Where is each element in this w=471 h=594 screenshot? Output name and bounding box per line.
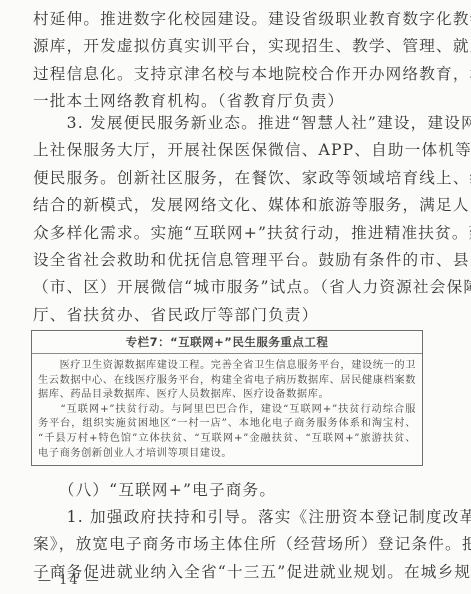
- feature-box-title: 专栏7：“互联网+”民生服务重点工程: [32, 331, 422, 354]
- box-text-line: “互联网+”扶贫行动。与阿里巴巴合作，建设“互联网+”扶贫行动综合服: [38, 403, 416, 418]
- text-line: 设全省社会救助和优抚信息管理平台。鼓励有条件的市、县: [33, 247, 425, 274]
- page-number: — 14 —: [38, 573, 101, 588]
- box-text-line: 生云数据中心、在线医疗服务平台，构建全省电子病历数据库、居民健康档案数: [38, 374, 416, 389]
- text-line: 上社保服务大厅，开展社保医保微信、APP、自助一体机等网络: [33, 137, 425, 164]
- paragraph-education: 村延伸。推进数字化校园建设。建设省级职业教育数字化教学资 源库，开发虚拟仿真实训…: [33, 6, 425, 116]
- text-line: 众多样化需求。实施“互联网+”扶贫行动，推进精准扶贫。建: [33, 220, 425, 247]
- text-line: 村延伸。推进数字化校园建设。建设省级职业教育数字化教学资: [33, 6, 425, 33]
- box-text-line: 务平台，组织实施贫困地区“一村一店”、本地化电子商务服务体系和淘宝村、: [38, 417, 416, 432]
- document-page: 村延伸。推进数字化校园建设。建设省级职业教育数字化教学资 源库，开发虚拟仿真实训…: [0, 0, 471, 594]
- text-line: 便民服务。创新社区服务，在餐饮、家政等领域培育线上、线下: [33, 165, 425, 192]
- text-line: 1. 加强政府扶持和引导。落实《注册资本登记制度改革方: [33, 504, 425, 531]
- paragraph-convenience-services: 3. 发展便民服务新业态。推进“智慧人社”建设，建设网 上社保服务大厅，开展社保…: [33, 110, 425, 329]
- box-text-line: 医疗卫生资源数据库建设工程。完善全省卫生信息服务平台，建设统一的卫: [38, 359, 416, 374]
- text-line: （市、区）开展微信“城市服务”试点。（省人力资源社会保障: [33, 274, 425, 301]
- section-heading: （八）“互联网+”电子商务。: [33, 477, 425, 504]
- section-heading-text: （八）“互联网+”电子商务。: [33, 477, 425, 504]
- box-text-line: 据库、药品目录数据库、医疗人员数据库、医疗设备数据库。: [38, 388, 416, 403]
- text-line: 3. 发展便民服务新业态。推进“智慧人社”建设，建设网: [33, 110, 425, 137]
- box-text-line: 电子商务创新创业人才培训等项目建设。: [38, 447, 416, 462]
- text-line: 结合的新模式，发展网络文化、媒体和旅游等服务，满足人民群: [33, 192, 425, 219]
- text-line: 案》，放宽电子商务市场主体住所（经营场所）登记条件。把电: [33, 531, 425, 558]
- text-line: 源库，开发虚拟仿真实训平台，实现招生、教学、管理、就业全: [33, 33, 425, 60]
- feature-box-body: 医疗卫生资源数据库建设工程。完善全省卫生信息服务平台，建设统一的卫 生云数据中心…: [32, 354, 422, 461]
- text-line: 过程信息化。支持京津名校与本地院校合作开办网络教育，培育: [33, 61, 425, 88]
- box-text-line: “千县万村+特色馆”立体扶贫、“互联网+”金融扶贫、“互联网+”旅游扶贫、: [38, 432, 416, 447]
- feature-box: 专栏7：“互联网+”民生服务重点工程 医疗卫生资源数据库建设工程。完善全省卫生信…: [31, 330, 423, 466]
- text-line: 厅、省扶贫办、省民政厅等部门负责）: [33, 302, 425, 329]
